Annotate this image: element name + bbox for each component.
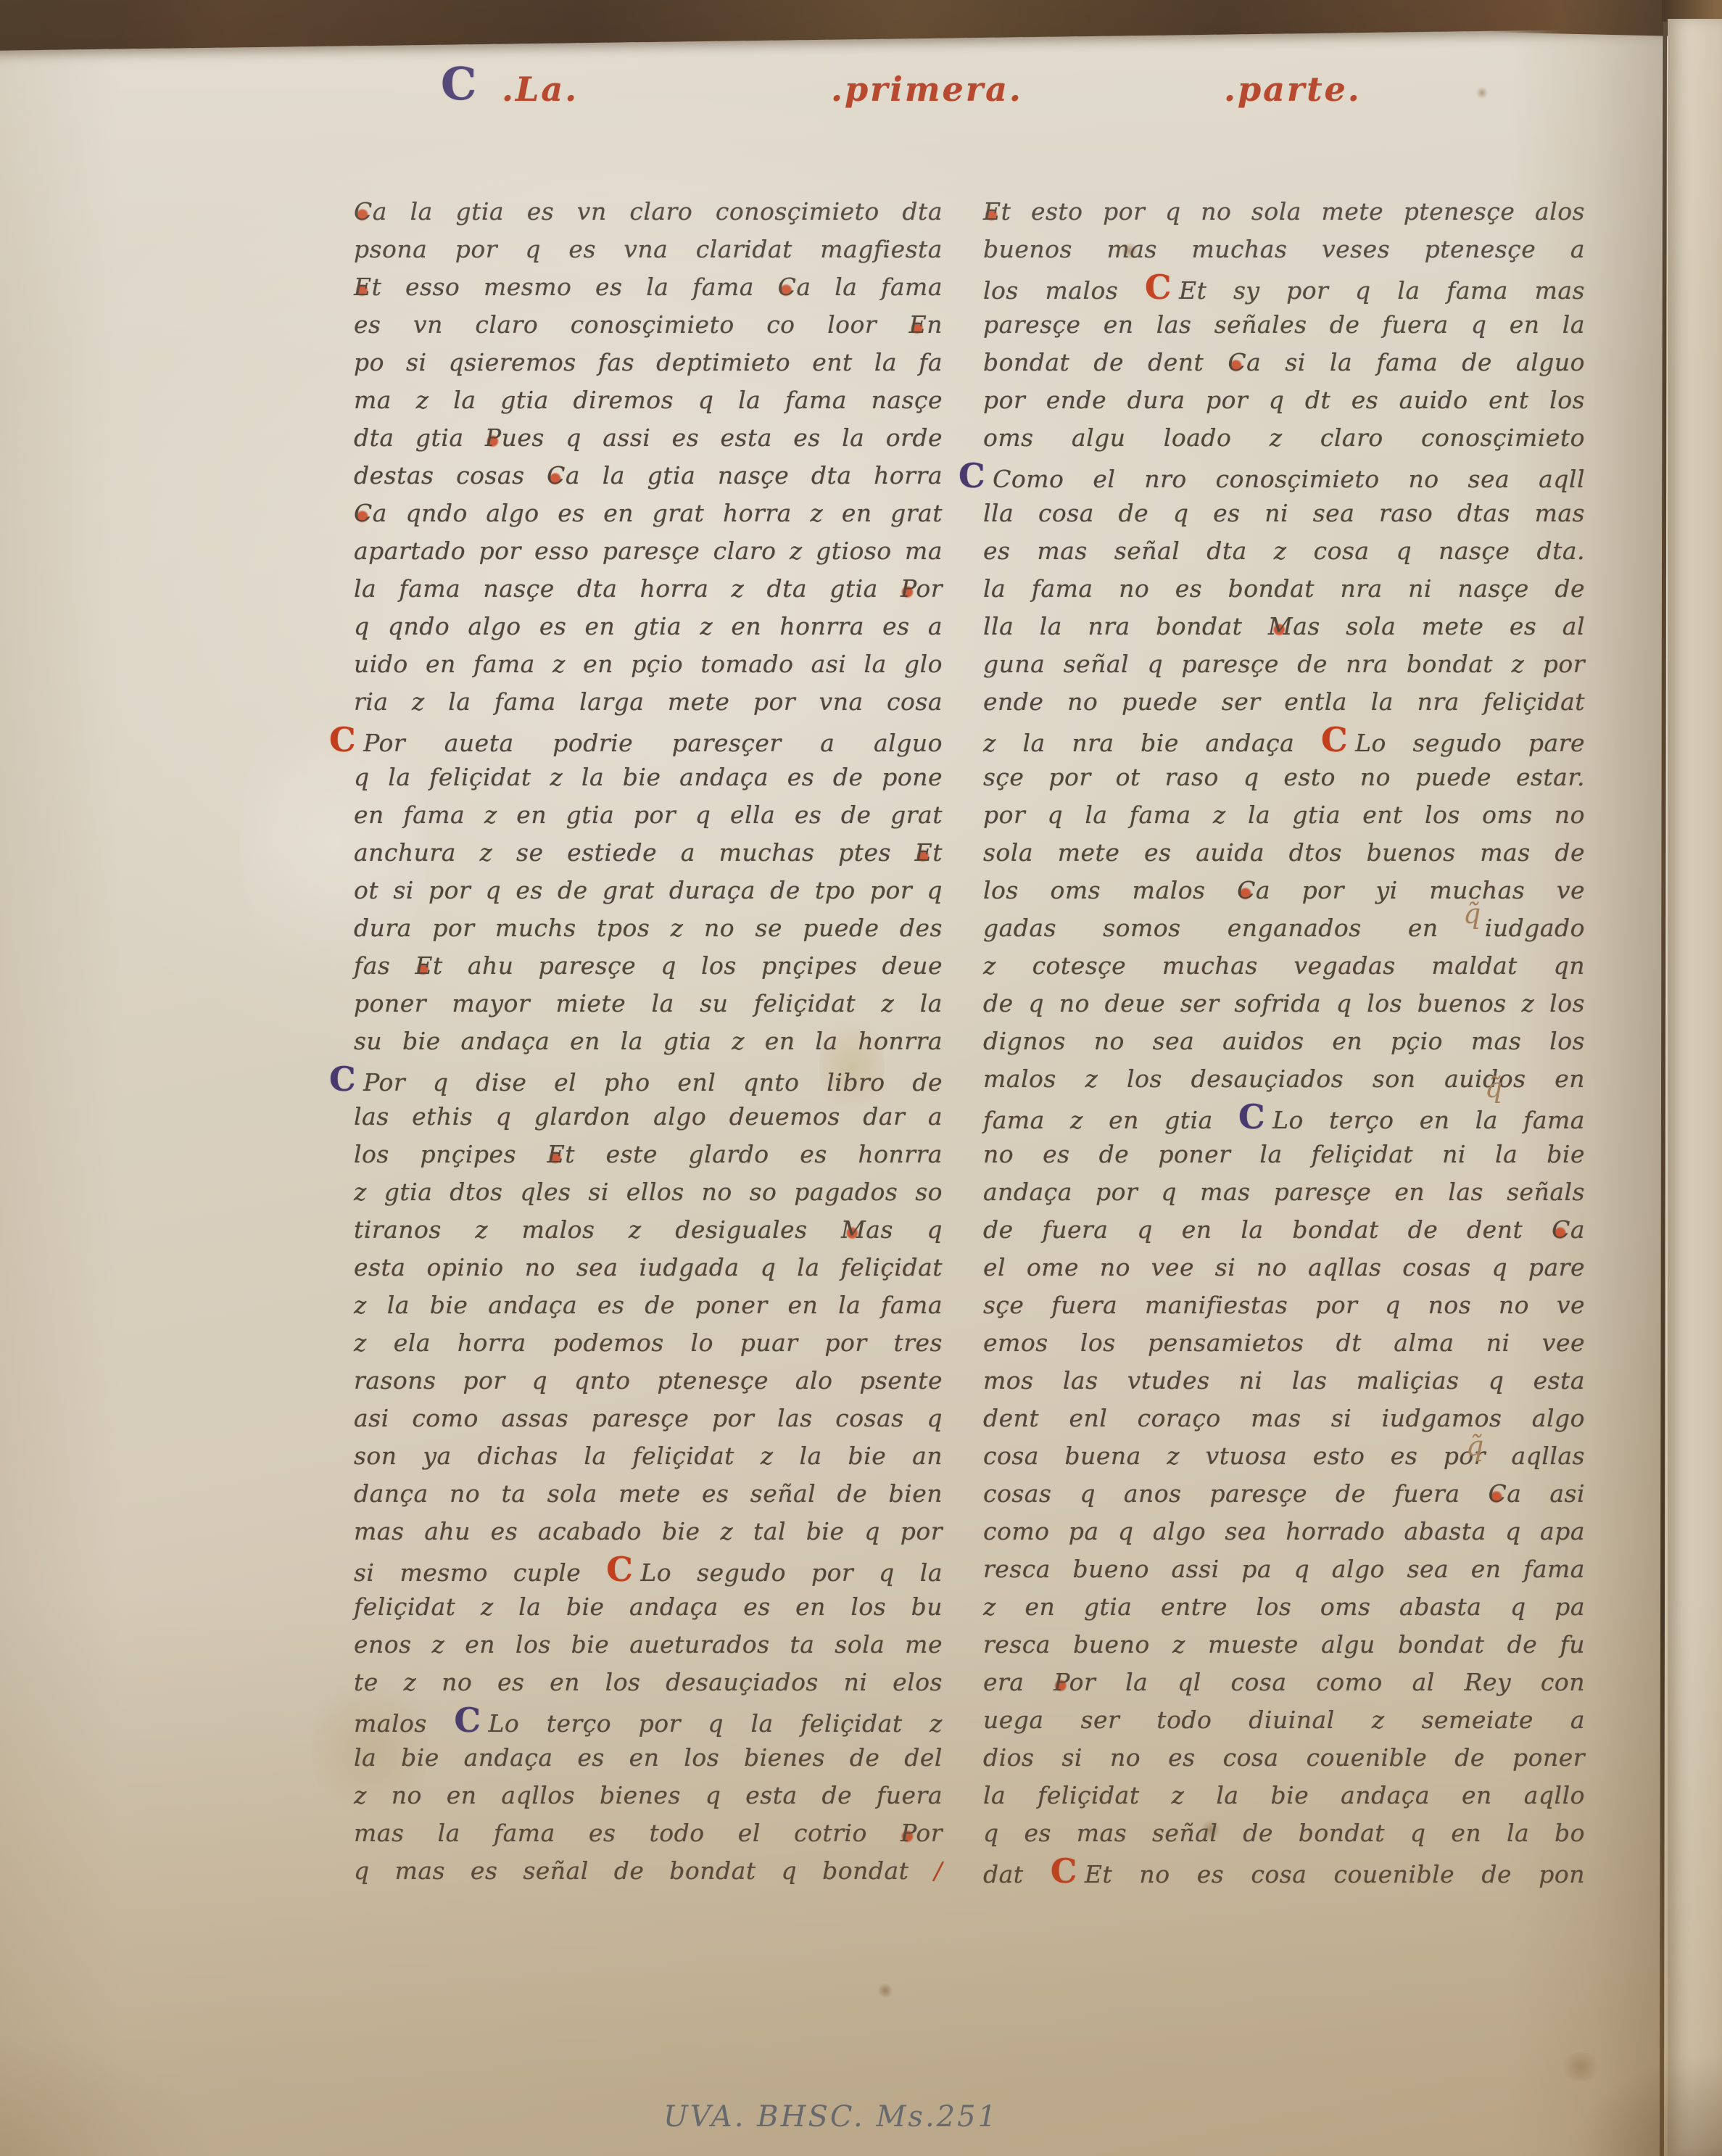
manuscript-line: de q no deue ser sofrida q los buenos z …	[983, 985, 1585, 1023]
manuscript-line: la fama nasçe dta horra z dta gtia Por	[354, 570, 943, 608]
manuscript-line: dat CEt no es cosa couenible de pon	[983, 1852, 1585, 1890]
text-segment: su bie andaça en la gtia z en la honrra	[354, 1027, 943, 1055]
manuscript-line: resca bueno assi pa q algo sea en fama	[983, 1550, 1585, 1588]
text-segment: q es mas señal de bondat q en la bo	[983, 1819, 1585, 1847]
capitulum-mark-icon: C	[441, 55, 476, 113]
text-segment: q qndo algo es en gtia z en honrra es a	[354, 612, 943, 640]
manuscript-line: Et esso mesmo es la fama Ca la fama	[354, 268, 943, 306]
column-right: Et esto por q no sola mete ptenesçe alos…	[983, 193, 1585, 1890]
text-segment: sçe por ot raso q esto no puede estar.	[983, 763, 1585, 791]
shelfmark-caption: UVA. BHSC. Ms.251	[0, 2100, 1662, 2134]
manuscript-line: era Por la ql cosa como al Rey con	[983, 1664, 1585, 1701]
text-segment: enos z en los bie aueturados ta sola me	[354, 1630, 943, 1659]
running-title: C .La. .primera. .parte.	[0, 54, 1662, 133]
text-segment: mas la fama es todo el cotrio	[354, 1819, 901, 1847]
text-segment: dignos no sea auidos en pçio mas los	[983, 1027, 1585, 1055]
manuscript-line: por ende dura por q dt es auido ent los	[983, 381, 1585, 419]
manuscript-line: z la nra bie andaça CLo segudo pare	[983, 721, 1585, 759]
text-segment: la bie andaça es en los bienes de del	[354, 1743, 943, 1772]
text-segment: poner mayor miete la su feliçidat z la	[354, 989, 943, 1017]
text-segment: emos los pensamietos dt alma ni vee	[983, 1329, 1585, 1357]
text-segment: C	[354, 499, 373, 527]
text-segment: t esto por q no sola mete ptenesçe alos	[1001, 197, 1585, 226]
text-segment: oms algu loado z claro conosçimieto	[983, 424, 1585, 452]
stain	[877, 1983, 893, 1998]
manuscript-line: oms algu loado z claro conosçimieto	[983, 419, 1585, 457]
capitulum-mark-icon: C	[1051, 1851, 1085, 1891]
manuscript-line: q mas es señal de bondat q bondat /	[354, 1852, 943, 1890]
text-segment: dat	[983, 1860, 1051, 1888]
text-segment: malos	[354, 1709, 454, 1738]
text-segment: los pnçipes	[354, 1140, 547, 1168]
text-segment: uega ser todo diuinal z semeiate a	[983, 1706, 1585, 1734]
text-segment: M	[841, 1215, 866, 1244]
text-segment: a asi	[1507, 1479, 1585, 1508]
text-segment: P	[485, 424, 502, 452]
manuscript-line: como pa q algo sea horrado abasta q apa	[983, 1513, 1585, 1550]
text-segment: sola mete es auida dtos buenos mas de	[983, 838, 1585, 867]
manuscript-line: q qndo algo es en gtia z en honrra es a	[354, 608, 943, 645]
text-segment: P	[901, 574, 916, 603]
manuscript-line: si mesmo cuple CLo segudo por q la	[354, 1550, 943, 1588]
capitulum-mark-icon: C	[1145, 268, 1179, 307]
text-segment: malos z los desauçiados son auidos en	[983, 1065, 1585, 1093]
text-segment: dura por muchs tpos z no se puede des	[354, 914, 943, 942]
text-segment: lla cosa de q es ni sea raso dtas mas	[983, 499, 1585, 527]
manuscript-line: Ca la gtia es vn claro conosçimieto dta	[354, 193, 943, 231]
text-segment: z no en aqllos bienes q esta de fuera	[354, 1781, 943, 1809]
page-edge-line	[1660, 22, 1667, 2156]
manuscript-line: buenos mas muchas veses ptenesçe a	[983, 231, 1585, 268]
manuscript-line: dança no ta sola mete es señal de bien	[354, 1475, 943, 1513]
manuscript-line: la bie andaça es en los bienes de del	[354, 1739, 943, 1777]
text-segment: rasons por q qnto ptenesçe alo psente	[354, 1366, 943, 1395]
text-segment: de q no deue ser sofrida q los buenos z …	[983, 989, 1585, 1017]
text-segment: buenos mas muchas veses ptenesçe a	[983, 235, 1585, 263]
manuscript-line: asi como assas paresçe por las cosas q	[354, 1400, 943, 1437]
text-segment: C	[778, 273, 797, 301]
manuscript-line: de fuera q en la bondat de dent Ca	[983, 1211, 1585, 1249]
column-left: Ca la gtia es vn claro conosçimieto dtap…	[354, 193, 943, 1890]
text-segment: Por aueta podrie paresçer a alguo	[363, 729, 943, 757]
text-segment: a la fama	[796, 273, 943, 301]
text-segment: P	[901, 1819, 916, 1847]
text-segment: guna señal q paresçe de nra bondat z por	[983, 650, 1585, 678]
text-segment: as q	[866, 1215, 943, 1244]
text-segment: z gtia dtos qles si ellos no so pagados …	[354, 1178, 943, 1206]
text-segment: E	[415, 951, 433, 980]
text-segment: P	[1054, 1668, 1069, 1696]
text-segment: q la feliçidat z la bie andaça es de pon…	[354, 763, 943, 791]
capitulum-mark-icon: C	[329, 720, 363, 759]
text-segment: tiranos z malos z desiguales	[354, 1215, 841, 1244]
text-segment: si mesmo cuple	[354, 1558, 606, 1587]
text-segment: dta gtia	[354, 424, 485, 452]
manuscript-line: fas Et ahu paresçe q los pnçipes deue	[354, 947, 943, 985]
text-segment: Et sy por q la fama mas	[1179, 276, 1585, 305]
manuscript-line: CComo el nro conosçimieto no sea aqll	[983, 457, 1585, 495]
manuscript-line: es vn claro conosçimieto co loor En	[354, 306, 943, 344]
text-segment: cosas q anos paresçe de fuera	[983, 1479, 1488, 1508]
text-segment: lla la nra bondat	[983, 612, 1268, 640]
text-segment: te z no es en los desauçiados ni elos	[354, 1668, 943, 1696]
manuscript-line: destas cosas Ca la gtia nasçe dta horra	[354, 457, 943, 495]
text-segment: Por q dise el pho enl qnto libro de	[363, 1068, 943, 1096]
manuscript-line: dios si no es cosa couenible de poner	[983, 1739, 1585, 1777]
text-segment: por q la fama z la gtia ent los oms no	[983, 801, 1585, 829]
manuscript-line: bondat de dent Ca si la fama de alguo	[983, 344, 1585, 381]
manuscript-line: ot si por q es de grat duraça de tpo por…	[354, 872, 943, 909]
next-leaf-fore-edge	[1668, 19, 1722, 2156]
manuscript-line: enos z en los bie aueturados ta sola me	[354, 1626, 943, 1664]
manuscript-line: la feliçidat z la bie andaça en aqllo	[983, 1777, 1585, 1814]
text-segment: son ya dichas la feliçidat z la bie an	[354, 1442, 943, 1470]
text-segment: a qndo algo es en grat horra z en grat	[373, 499, 943, 527]
binding-leather-top-edge	[0, 0, 1722, 51]
manuscript-line: po si qsieremos fas deptimieto ent la fa	[354, 344, 943, 381]
text-segment: Et no es cosa couenible de pon	[1085, 1860, 1585, 1888]
text-segment: z en gtia entre los oms abasta q pa	[983, 1593, 1585, 1621]
text-segment: Como el nro conosçimieto no sea aqll	[993, 465, 1585, 493]
manuscript-line: poner mayor miete la su feliçidat z la	[354, 985, 943, 1023]
text-segment: la fama nasçe dta horra z dta gtia	[354, 574, 901, 603]
text-segment: el ome no vee si no aqllas cosas q pare	[983, 1253, 1585, 1281]
text-segment: cosa buena z vtuosa esto es por aqllas	[983, 1442, 1585, 1470]
text-segment: Lo terço por q la feliçidat z	[488, 1709, 943, 1738]
manuscript-line: los oms malos Ca por yi muchas ve	[983, 872, 1585, 909]
text-segment: como pa q algo sea horrado abasta q apa	[983, 1517, 1585, 1545]
manuscript-line: las ethis q glardon algo deuemos dar a	[354, 1098, 943, 1136]
text-segment: Lo segudo por q la	[640, 1558, 943, 1587]
manuscript-line: z no en aqllos bienes q esta de fuera	[354, 1777, 943, 1814]
text-segment: sçe fuera manifiestas por q nos no ve	[983, 1291, 1585, 1319]
text-segment: es mas señal dta z cosa q nasçe dta.	[983, 537, 1585, 565]
text-segment: /	[908, 1856, 943, 1885]
text-segment: por ende dura por q dt es auido ent los	[983, 386, 1585, 414]
text-segment: C	[1237, 876, 1256, 904]
manuscript-line: mas la fama es todo el cotrio Por	[354, 1814, 943, 1852]
text-segment: t este glardo es honrra	[565, 1140, 943, 1168]
text-segment: la fama no es bondat nra ni nasçe de	[983, 574, 1585, 603]
text-segment: ria z la fama larga mete por vna cosa	[354, 687, 943, 716]
text-segment: de fuera q en la bondat de dent	[983, 1215, 1552, 1244]
text-segment: po si qsieremos fas deptimieto ent la fa	[354, 348, 943, 376]
running-title-primera: .primera.	[831, 64, 1023, 115]
manuscript-line: los pnçipes Et este glardo es honrra	[354, 1136, 943, 1173]
manuscript-line: malos z los desauçiados son auidos en	[983, 1060, 1585, 1098]
text-segment: ma z la gtia diremos q la fama nasçe	[354, 386, 943, 414]
capitulum-mark-icon: C	[454, 1701, 488, 1740]
text-segment: era	[983, 1668, 1054, 1696]
manuscript-line: CPor q dise el pho enl qnto libro de	[354, 1060, 943, 1098]
text-segment: las ethis q glardon algo deuemos dar a	[354, 1102, 943, 1131]
text-segment: or	[916, 574, 943, 603]
text-segment: andaça por q mas paresçe en las señals	[983, 1178, 1585, 1206]
text-segment: E	[547, 1140, 566, 1168]
capitulum-mark-icon: C	[329, 1060, 363, 1099]
manuscript-line: andaça por q mas paresçe en las señals	[983, 1173, 1585, 1211]
manuscript-line: dignos no sea auidos en pçio mas los	[983, 1023, 1585, 1060]
capitulum-mark-icon: C	[1321, 720, 1355, 759]
manuscript-line: q la feliçidat z la bie andaça es de pon…	[354, 759, 943, 796]
manuscript-line: dura por muchs tpos z no se puede des	[354, 909, 943, 947]
text-segment: ende no puede ser entla la nra feliçidat	[983, 687, 1585, 716]
manuscript-line: Et esto por q no sola mete ptenesçe alos	[983, 193, 1585, 231]
text-segment: paresçe en las señales de fuera q en la	[983, 310, 1585, 339]
stain	[1559, 2052, 1602, 2081]
manuscript-line: z ela horra podemos lo puar por tres	[354, 1324, 943, 1362]
manuscript-line: uega ser todo diuinal z semeiate a	[983, 1701, 1585, 1739]
text-segment: fas	[354, 951, 415, 980]
text-segment: z ela horra podemos lo puar por tres	[354, 1329, 943, 1357]
text-segment: t ahu paresçe q los pnçipes deue	[433, 951, 943, 980]
manuscript-line: Ca qndo algo es en grat horra z en grat	[354, 495, 943, 532]
text-segment: en fama z en gtia por q ella es de grat	[354, 801, 943, 829]
text-segment: C	[1488, 1479, 1507, 1508]
manuscript-line: te z no es en los desauçiados ni elos	[354, 1664, 943, 1701]
text-segment: a la gtia nasçe dta horra	[566, 461, 943, 490]
text-segment: or la ql cosa como al Rey con	[1069, 1668, 1585, 1696]
manuscript-line: resca bueno z mueste algu bondat de fu	[983, 1626, 1585, 1664]
text-segment: es vn claro conosçimieto co loor	[354, 310, 909, 339]
manuscript-line: cosas q anos paresçe de fuera Ca asi	[983, 1475, 1585, 1513]
manuscript-line: z en gtia entre los oms abasta q pa	[983, 1588, 1585, 1626]
manuscript-line: feliçidat z la bie andaça es en los bu	[354, 1588, 943, 1626]
manuscript-line: psona por q es vna claridat magfiesta	[354, 231, 943, 268]
manuscript-line: sola mete es auida dtos buenos mas de	[983, 834, 1585, 872]
text-segment: a por yi muchas ve	[1256, 876, 1585, 904]
manuscript-line: ma z la gtia diremos q la fama nasçe	[354, 381, 943, 419]
text-segment: anchura z se estiede a muchas ptes	[354, 838, 915, 867]
text-segment: M	[1268, 612, 1293, 640]
text-segment: a la gtia es vn claro conosçimieto dta	[373, 197, 943, 226]
text-segment: E	[983, 197, 1001, 226]
text-segment: no es de poner la feliçidat ni la bie	[983, 1140, 1585, 1168]
manuscript-line: paresçe en las señales de fuera q en la	[983, 306, 1585, 344]
text-segment: E	[915, 838, 933, 867]
manuscript-line: tiranos z malos z desiguales Mas q	[354, 1211, 943, 1249]
manuscript-line: fama z en gtia CLo terço en la fama	[983, 1098, 1585, 1136]
manuscript-line: el ome no vee si no aqllas cosas q pare	[983, 1249, 1585, 1286]
text-segment: or	[916, 1819, 943, 1847]
text-segment: ot si por q es de grat duraça de tpo por…	[354, 876, 943, 904]
capitulum-mark-icon: C	[1238, 1097, 1272, 1136]
text-segment: t esso mesmo es la fama	[372, 273, 778, 301]
text-segment: resca bueno z mueste algu bondat de fu	[983, 1630, 1585, 1659]
text-segment: as sola mete es al	[1293, 612, 1585, 640]
manuscript-line: lla la nra bondat Mas sola mete es al	[983, 608, 1585, 645]
text-segment: ues q assi es esta es la orde	[502, 424, 943, 452]
manuscript-line: ende no puede ser entla la nra feliçidat	[983, 683, 1585, 721]
text-segment: z cotesçe muchas vegadas maldat qn	[983, 951, 1585, 980]
text-segment: a	[1570, 1215, 1585, 1244]
manuscript-page: C .La. .primera. .parte. Ca la gtia es v…	[0, 0, 1722, 2156]
manuscript-line: emos los pensamietos dt alma ni vee	[983, 1324, 1585, 1362]
text-segment: fama z en gtia	[983, 1106, 1238, 1134]
manuscript-line: q es mas señal de bondat q en la bo	[983, 1814, 1585, 1852]
manuscript-line: cosa buena z vtuosa esto es por aqllas	[983, 1437, 1585, 1475]
text-segment: dança no ta sola mete es señal de bien	[354, 1479, 943, 1508]
text-segment: E	[909, 310, 927, 339]
text-segment: esta opinio no sea iudgada q la feliçida…	[354, 1253, 943, 1281]
manuscript-line: gadas somos enganados en iudgado	[983, 909, 1585, 947]
text-segment: z la bie andaça es de poner en la fama	[354, 1291, 943, 1319]
text-segment: C	[547, 461, 566, 490]
manuscript-line: esta opinio no sea iudgada q la feliçida…	[354, 1249, 943, 1286]
text-segment: resca bueno assi pa q algo sea en fama	[983, 1555, 1585, 1583]
text-segment: C	[1228, 348, 1246, 376]
manuscript-line: mas ahu es acabado bie z tal bie q por	[354, 1513, 943, 1550]
manuscript-line: los malos CEt sy por q la fama mas	[983, 268, 1585, 306]
running-title-parte: .parte.	[1224, 64, 1362, 115]
manuscript-line: z cotesçe muchas vegadas maldat qn	[983, 947, 1585, 985]
text-segment: gadas somos enganados en iudgado	[983, 914, 1585, 942]
text-segment: los oms malos	[983, 876, 1237, 904]
text-segment: dios si no es cosa couenible de poner	[983, 1743, 1585, 1772]
manuscript-line: dta gtia Pues q assi es esta es la orde	[354, 419, 943, 457]
running-title-la: .La.	[502, 64, 579, 115]
text-segment: t	[932, 838, 943, 867]
manuscript-line: CPor aueta podrie paresçer a alguo	[354, 721, 943, 759]
manuscript-line: es mas señal dta z cosa q nasçe dta.	[983, 532, 1585, 570]
text-segment: feliçidat z la bie andaça es en los bu	[354, 1593, 943, 1621]
text-segment: los malos	[983, 276, 1145, 305]
manuscript-line: sçe por ot raso q esto no puede estar.	[983, 759, 1585, 796]
text-segment: apartado por esso paresçe claro z gtioso…	[354, 537, 943, 565]
manuscript-line: ria z la fama larga mete por vna cosa	[354, 683, 943, 721]
manuscript-line: z la bie andaça es de poner en la fama	[354, 1286, 943, 1324]
text-segment: uido en fama z en pçio tomado asi la glo	[354, 650, 943, 678]
manuscript-line: malos CLo terço por q la feliçidat z	[354, 1701, 943, 1739]
text-segment: q mas es señal de bondat q bondat	[354, 1856, 908, 1885]
manuscript-line: sçe fuera manifiestas por q nos no ve	[983, 1286, 1585, 1324]
manuscript-line: su bie andaça en la gtia z en la honrra	[354, 1023, 943, 1060]
manuscript-line: por q la fama z la gtia ent los oms no	[983, 796, 1585, 834]
manuscript-line: en fama z en gtia por q ella es de grat	[354, 796, 943, 834]
manuscript-line: rasons por q qnto ptenesçe alo psente	[354, 1362, 943, 1400]
text-segment: la feliçidat z la bie andaça en aqllo	[983, 1781, 1585, 1809]
capitulum-mark-icon: C	[606, 1550, 640, 1589]
text-segment: destas cosas	[354, 461, 547, 490]
text-segment: mos las vtudes ni las maliçias q esta	[983, 1366, 1585, 1395]
manuscript-line: z gtia dtos qles si ellos no so pagados …	[354, 1173, 943, 1211]
text-segment: z la nra bie andaça	[983, 729, 1321, 757]
manuscript-line: dent enl coraço mas si iudgamos algo	[983, 1400, 1585, 1437]
text-segment: dent enl coraço mas si iudgamos algo	[983, 1404, 1585, 1432]
text-segment: mas ahu es acabado bie z tal bie q por	[354, 1517, 943, 1545]
text-segment: E	[354, 273, 372, 301]
text-segment: n	[927, 310, 943, 339]
text-segment: psona por q es vna claridat magfiesta	[354, 235, 943, 263]
text-segment: Lo segudo pare	[1355, 729, 1585, 757]
capitulum-mark-icon: C	[959, 456, 993, 495]
text-segment: bondat de dent	[983, 348, 1228, 376]
text-segment: C	[354, 197, 373, 226]
manuscript-line: lla cosa de q es ni sea raso dtas mas	[983, 495, 1585, 532]
manuscript-line: no es de poner la feliçidat ni la bie	[983, 1136, 1585, 1173]
manuscript-line: guna señal q paresçe de nra bondat z por	[983, 645, 1585, 683]
manuscript-line: mos las vtudes ni las maliçias q esta	[983, 1362, 1585, 1400]
manuscript-line: apartado por esso paresçe claro z gtioso…	[354, 532, 943, 570]
text-segment: a si la fama de alguo	[1246, 348, 1585, 376]
text-segment: asi como assas paresçe por las cosas q	[354, 1404, 943, 1432]
manuscript-line: uido en fama z en pçio tomado asi la glo	[354, 645, 943, 683]
manuscript-line: son ya dichas la feliçidat z la bie an	[354, 1437, 943, 1475]
text-segment: Lo terço en la fama	[1272, 1106, 1585, 1134]
manuscript-line: la fama no es bondat nra ni nasçe de	[983, 570, 1585, 608]
text-segment: C	[1552, 1215, 1570, 1244]
manuscript-line: anchura z se estiede a muchas ptes Et	[354, 834, 943, 872]
